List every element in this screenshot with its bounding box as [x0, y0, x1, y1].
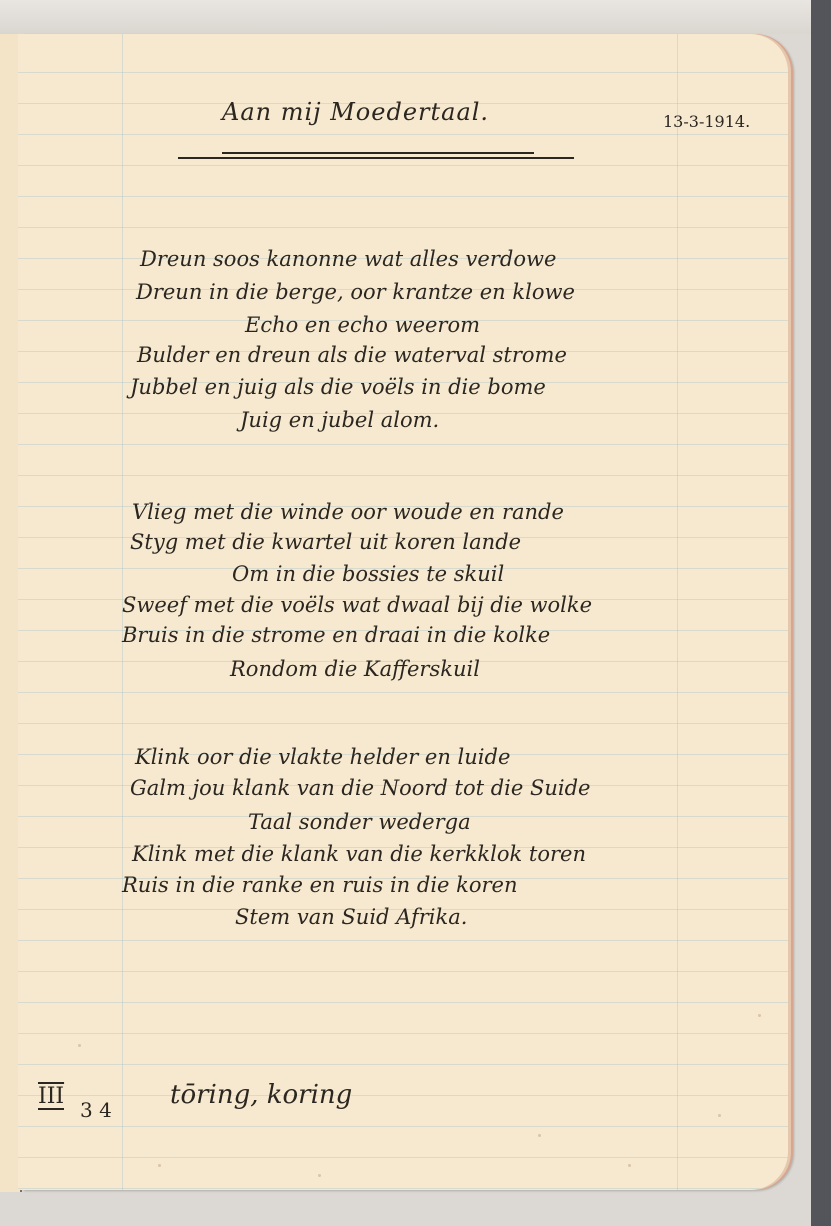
stanza-2-line-2: Styg met die kwartel uit koren lande	[130, 530, 521, 554]
scanner-background-top	[0, 0, 831, 34]
footer-note: tōring, koring	[170, 1080, 352, 1110]
stanza-3-line-2: Galm jou klank van die Noord tot die Sui…	[130, 776, 590, 800]
footer-number: 3 4	[80, 1098, 112, 1122]
stanza-3-line-4: Klink met die klank van die kerkklok tor…	[132, 842, 586, 866]
foxing-spot	[78, 1044, 81, 1047]
stanza-1-line-1: Dreun soos kanonne wat alles verdowe	[140, 247, 556, 271]
foxing-spot	[758, 1014, 761, 1017]
stanza-2-line-1: Vlieg met die winde oor woude en rande	[132, 500, 564, 524]
stanza-2-line-3: Om in die bossies te skuil	[232, 562, 504, 586]
foxing-spot	[318, 1174, 321, 1177]
scanner-background-right	[811, 0, 831, 1226]
stanza-1-line-3: Echo en echo weerom	[245, 313, 480, 337]
foxing-spot	[718, 1114, 721, 1117]
foxing-spot	[538, 1134, 541, 1137]
title-underline	[222, 152, 534, 154]
stanza-3-line-3: Taal sonder wederga	[248, 810, 471, 834]
stanza-3-line-6: Stem van Suid Afrika.	[235, 905, 467, 929]
stanza-1-line-5: Jubbel en juig als die voëls in die bome	[130, 375, 546, 399]
foxing-spot	[158, 1164, 161, 1167]
stanza-2-line-6: Rondom die Kafferskuil	[230, 657, 480, 681]
foxing-spot	[628, 1164, 631, 1167]
title-double-underline	[178, 157, 574, 159]
poem-title: Aan mij Moedertaal.	[222, 98, 489, 126]
stanza-1-line-4: Bulder en dreun als die waterval strome	[137, 343, 567, 367]
stanza-1-line-6: Juig en jubel alom.	[240, 408, 439, 432]
stanza-3-line-1: Klink oor die vlakte helder en luide	[135, 745, 510, 769]
stanza-2-line-4: Sweef met die voëls wat dwaal bij die wo…	[122, 593, 592, 617]
stanza-2-line-5: Bruis in die strome en draai in die kolk…	[122, 623, 550, 647]
poem-date: 13-3-1914.	[663, 112, 750, 131]
footer-roman-numeral: III	[38, 1086, 64, 1110]
stanza-3-line-5: Ruis in die ranke en ruis in die koren	[122, 873, 518, 897]
stanza-1-line-2: Dreun in die berge, oor krantze en klowe	[136, 280, 575, 304]
right-margin-line	[677, 34, 678, 1190]
